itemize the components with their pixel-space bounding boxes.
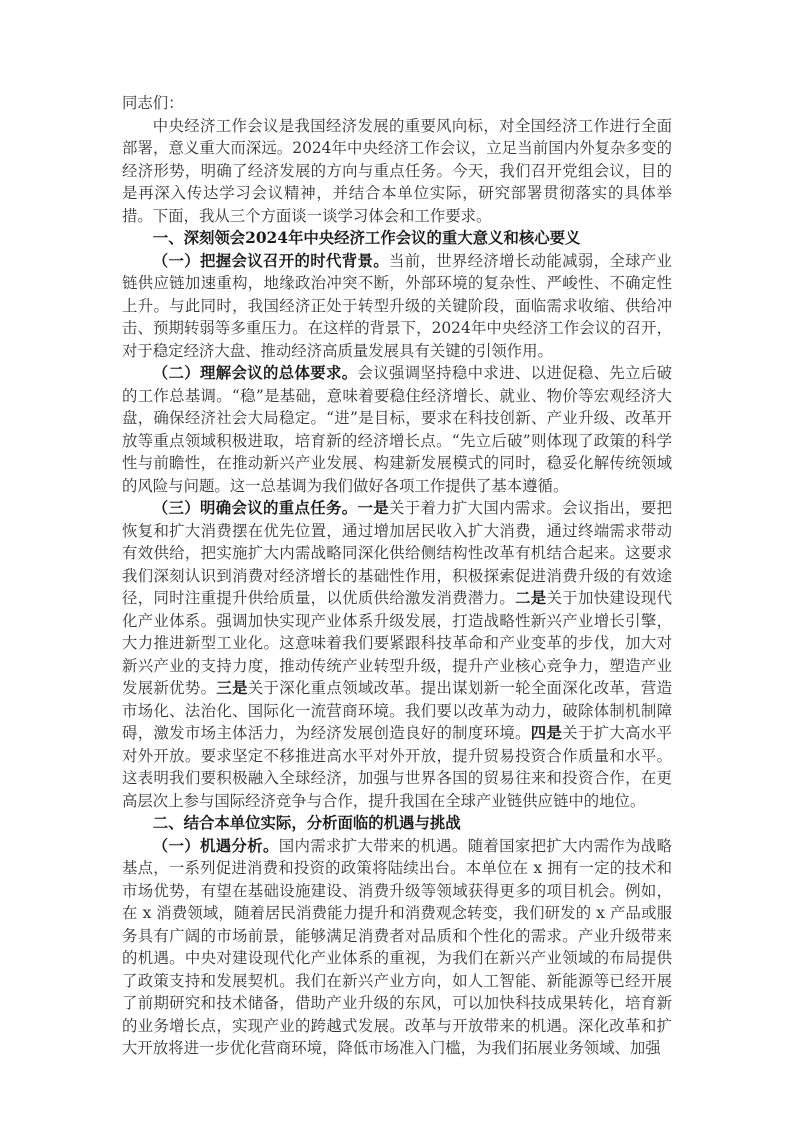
paragraph-background: （一）把握会议召开的时代背景。当前，世界经济增长动能减弱，全球产业链供应链加速重… — [122, 250, 672, 363]
document-page: 同志们： 中央经济工作会议是我国经济发展的重要风向标，对全国经济工作进行全面部署… — [122, 92, 672, 1060]
paragraph-text: 国内需求扩大带来的机遇。随着国家把扩大内需作为战略基点，一系列促进消费和投资的政… — [122, 837, 672, 1058]
task-lead-1: 一是 — [357, 499, 389, 517]
section-heading-1: 一、深刻领会2024年中央经济工作会议的重大意义和核心要义 — [122, 227, 672, 250]
intro-paragraph: 中央经济工作会议是我国经济发展的重要风向标，对全国经济工作进行全面部署，意义重大… — [122, 115, 672, 228]
paragraph-opportunities: （一）机遇分析。国内需求扩大带来的机遇。随着国家把扩大内需作为战略基点，一系列促… — [122, 835, 672, 1060]
paragraph-text: 会议强调坚持稳中求进、以进促稳、先立后破的工作总基调。“稳”是基础，意味着要稳住… — [122, 364, 672, 495]
section-heading-2: 二、结合本单位实际，分析面临的机遇与挑战 — [122, 812, 672, 835]
paragraph-lead: （一）把握会议召开的时代背景。 — [153, 252, 389, 270]
paragraph-lead: （一）机遇分析。 — [153, 837, 279, 855]
task-lead-2: 二是 — [515, 589, 546, 607]
paragraph-lead: （三）明确会议的重点任务。 — [153, 499, 358, 517]
paragraph-lead: （二）理解会议的总体要求。 — [153, 364, 358, 382]
task-lead-4: 四是 — [531, 724, 562, 742]
paragraph-key-tasks: （三）明确会议的重点任务。一是关于着力扩大国内需求。会议指出，要把恢复和扩大消费… — [122, 497, 672, 812]
salutation: 同志们： — [122, 92, 672, 115]
paragraph-requirements: （二）理解会议的总体要求。会议强调坚持稳中求进、以进促稳、先立后破的工作总基调。… — [122, 362, 672, 497]
task-lead-3: 三是 — [216, 679, 247, 697]
